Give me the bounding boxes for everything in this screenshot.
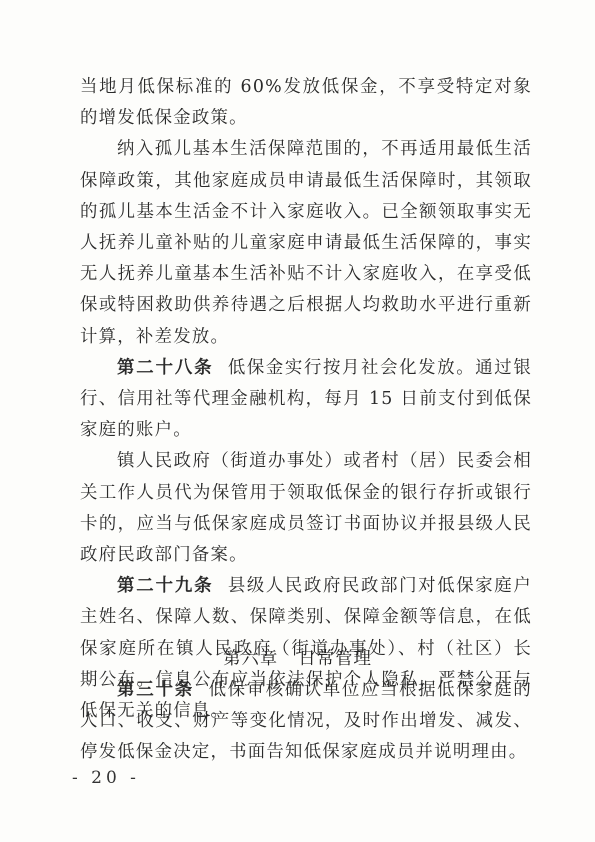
paragraph-bank-custody: 镇人民政府（街道办事处）或者村（居）民委会相关工作人员代为保管用于领取低保金的银… xyxy=(80,446,532,571)
article-30: 第三十条低保审核确认单位应当根据低保家庭的人口、收支、财产等变化情况，及时作出增… xyxy=(80,675,532,769)
article-28: 第二十八条低保金实行按月社会化发放。通过银行、信用社等代理金融机构，每月 15 … xyxy=(80,353,532,447)
body-text: 当地月低保标准的 60%发放低保金，不享受特定对象的增发低保金政策。 纳入孤儿基… xyxy=(80,72,532,727)
paragraph-continuation: 当地月低保标准的 60%发放低保金，不享受特定对象的增发低保金政策。 xyxy=(80,72,532,134)
article-number: 第三十条 xyxy=(117,680,194,700)
chapter-heading: 第六章日常管理 xyxy=(0,644,595,669)
article-number: 第二十九条 xyxy=(117,576,213,596)
article-number: 第二十八条 xyxy=(117,358,213,378)
page-number: - 20 - xyxy=(72,768,140,788)
document-page: 当地月低保标准的 60%发放低保金，不享受特定对象的增发低保金政策。 纳入孤儿基… xyxy=(0,0,595,842)
chapter-title: 日常管理 xyxy=(298,649,372,669)
chapter-number: 第六章 xyxy=(223,649,278,669)
paragraph-orphan-support: 纳入孤儿基本生活保障范围的，不再适用最低生活保障政策，其他家庭成员申请最低生活保… xyxy=(80,134,532,352)
